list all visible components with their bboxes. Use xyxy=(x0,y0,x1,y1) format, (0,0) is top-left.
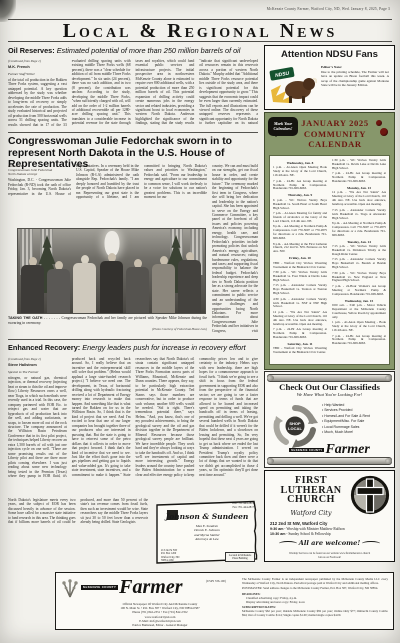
calendar-entry: TBD - Watford City Wolves Wrestling Tour… xyxy=(273,347,327,355)
calendar-entry: TBD - Watford City Wolves Wrestling Tour… xyxy=(273,262,327,270)
calendar-entry: 6 p.m. - WC Wolves Varsity Boys Basketba… xyxy=(273,199,327,211)
editors-note-title: Editor's Note: xyxy=(321,65,389,69)
oil-headline-kicker: Oil Reserves: xyxy=(8,46,55,55)
person-figure xyxy=(100,253,123,313)
church-service-times: 9:30 amWorship with Minister Matthew Rul… xyxy=(270,527,389,536)
recovery-body-text-bottom: North Dakota's legislature meets every t… xyxy=(8,498,148,526)
scroll-bar-icon xyxy=(267,374,392,382)
church-name-line3: CHURCH xyxy=(269,495,353,505)
recovery-continued-note: (Continued from Page 1) xyxy=(8,357,67,361)
page-dateline: McKenzie County Farmer, Watford City, ND… xyxy=(267,7,390,11)
oil-byline: M.K. French xyxy=(8,65,67,70)
article-separator xyxy=(8,132,258,133)
classifieds-ad: Check Out Our Classifieds We Have What Y… xyxy=(264,371,395,468)
calendar-entry: 7 p.m. - Al-Anon Meeting for family and … xyxy=(273,212,327,224)
congress-body-text-b: country. We can and must build on our st… xyxy=(212,164,258,333)
church-welcome-line: All are welcome! xyxy=(265,539,394,547)
church-service-line: 9:30 amWorship with Minister Matthew Rul… xyxy=(270,527,389,531)
scroll-bar-icon xyxy=(267,457,392,465)
person-figure xyxy=(178,252,201,313)
calendar-title: JANUARY 2025 COMMUNITY CALENDAR xyxy=(297,118,373,150)
church-welcome-text: All are welcome! xyxy=(299,539,361,547)
farmer-logo-small: McKENZIE COUNTYFarmer xyxy=(265,438,394,458)
church-ad: FIRST LUTHERAN CHURCH Watford City 212 2… xyxy=(264,470,395,562)
calendar-entry: 7:15 p.m. - Alexander Comets Varsity Boy… xyxy=(273,284,327,296)
calendar-entry: 7:15 p.m. - Alexander Comets Varsity Boy… xyxy=(332,258,386,270)
recovery-article-headline: Enhanced Recovery: Energy leaders push f… xyxy=(8,343,260,352)
ndsu-box-title: Attention NDSU Fans xyxy=(265,46,394,60)
editors-note-body: Due to the printing schedule, The Farmer… xyxy=(321,70,389,87)
classifieds-item: Equipment/Misc. For Sale xyxy=(322,419,388,423)
law-firm-title: Attorneys At Law xyxy=(152,537,262,541)
congress-article-body-right: country. We can and must build on our st… xyxy=(212,164,258,333)
swoosh-icon xyxy=(279,541,297,546)
person-figure xyxy=(126,259,149,313)
calendar-entry: 1 p.m. - Al-Anon Open Meeting Book Study… xyxy=(273,166,327,178)
photo-caption-lead: TAKING THE OATH . . . . . . . xyxy=(8,316,60,320)
photo-caption: TAKING THE OATH . . . . . . . Congresswo… xyxy=(8,316,207,326)
law-ad-address: 213 2nd St NW P.O. Box 1260 Watford City… xyxy=(161,549,179,562)
classifieds-tagline: We Have What You're Looking For! xyxy=(265,392,394,397)
farmer-logo-county: McKENZIE COUNTY xyxy=(289,448,324,453)
ndsu-bison-logo-icon: NDSU xyxy=(269,66,317,104)
law-ad-phones: Bus: 701-444-2811 Fax: 701-444-2817 xyxy=(232,502,254,509)
oil-byline-title: Farmer Staff Writer xyxy=(8,72,67,76)
wheat-sheaf-icon xyxy=(61,578,79,598)
swearing-in-photo xyxy=(18,229,205,313)
law-address-line: 58854-1260 xyxy=(161,559,179,562)
calendar-entry: 7 p.m. - 24-Hr. AA Group meeting at Nort… xyxy=(332,172,386,184)
person-figure xyxy=(47,261,70,313)
recovery-article-body-top: (Continued from Page 1) Steve Hallstrom … xyxy=(8,357,258,496)
calendar-title-line3: CALENDAR xyxy=(297,139,373,150)
berry-icon xyxy=(376,120,382,126)
calendar-entry: 7 p.m. - 24-Hour Women's AA Group Meetin… xyxy=(332,285,386,297)
calendar-entry: 8 p.m. - AA Meeting at Northern Pump & C… xyxy=(332,222,386,238)
law-attorney-names: Max E. Sundeen Dennis E. Johnson and Myr… xyxy=(152,524,262,542)
calendar-entry: 7:15 p.m. - Alexander Comets Varsity Gir… xyxy=(332,209,386,221)
classifieds-item: Services Provided xyxy=(322,408,388,412)
oil-continued-note: (Continued from Page 1) xyxy=(8,59,67,63)
article-separator xyxy=(8,339,258,340)
berry-icon xyxy=(380,128,388,136)
church-name: FIRST LUTHERAN CHURCH xyxy=(269,476,353,505)
masthead-contact-block: Official Newspaper Of Watford City And M… xyxy=(84,602,236,627)
newspaper-masthead: McKENZIE COUNTY Farmer (USPS 336-100) Of… xyxy=(55,572,394,630)
masthead-legal-line: McKenzie County $62 per year; Outside Mc… xyxy=(242,610,388,618)
calendar-entry: 12 p.m. - "We Are Not Saints" AA Meeting… xyxy=(273,311,327,327)
calendar-entry: 7:30 p.m. - WC Wolves Varsity Boys Baske… xyxy=(332,272,386,284)
recovery-byline: Steve Hallstrom xyxy=(8,363,67,368)
farmer-logo-name: Farmer xyxy=(325,442,369,458)
classifieds-item: Help Wanted xyxy=(322,403,388,407)
masthead-editor: Patrice Bumstead, Editor - General Manag… xyxy=(84,623,236,627)
recovery-byline-title: Special to The Farmer xyxy=(8,370,67,374)
congress-byline-line3: North Dakota at large xyxy=(8,172,71,176)
calendar-title-line1: JANUARY 2025 xyxy=(297,118,373,129)
newspaper-page: McKenzie County Farmer, Watford City, ND… xyxy=(0,0,400,643)
calendar-entry: 1 p.m. - Al-Anon Open Meeting - Book Stu… xyxy=(332,321,386,333)
calendar-entry: 7:30 p.m. - WC Wolves Varsity Girls Bask… xyxy=(273,271,327,283)
classifieds-item-list: Help WantedServices ProvidedHomes/Land F… xyxy=(322,403,388,435)
calendar-listings: Wednesday, Jan. 81 p.m. - Al-Anon Open M… xyxy=(269,155,390,365)
classifieds-item: Homes/Land For Sale & Rent xyxy=(322,414,388,418)
classifieds-item: Much, Much More! xyxy=(322,430,388,434)
calendar-entry: 7 p.m. - 24-Hr. AA Group meeting at Nort… xyxy=(273,180,327,192)
calendar-entry: 8 p.m. - AA Meeting at the First Luthera… xyxy=(273,243,327,255)
recovery-headline-kicker: Enhanced Recovery: xyxy=(8,343,80,352)
oil-article-headline: Oil Reserves: Estimated potential of mor… xyxy=(8,46,260,55)
church-footnote-line2: Join us on Facebook! xyxy=(269,556,390,560)
calendar-entry: 7 p.m. - 24-Hr AA Group meeting at North… xyxy=(273,328,327,340)
section-title: Local & Regional News xyxy=(0,20,400,43)
recovery-body-text-top: nitrogen, or natural gas, chemical injec… xyxy=(8,357,258,478)
church-service-line: 10:30 amSunday School & Fellowship xyxy=(270,532,389,536)
mark-your-calendars-bubble: Mark Your Calendars! xyxy=(268,117,298,136)
law-firm-ad: Bus: 701-444-2811 Fax: 701-444-2817 John… xyxy=(152,497,262,569)
oil-headline-text: Estimated potential of more than 250 mil… xyxy=(57,46,241,55)
ndsu-fans-box: Attention NDSU Fans NDSU Editor's Note: … xyxy=(264,45,395,110)
oil-article-body: (Continued from Page 1) M.K. French Farm… xyxy=(8,59,258,130)
person-figure xyxy=(73,255,96,313)
church-footnote: Worship Services can be found on our web… xyxy=(269,552,390,559)
classifieds-title: Check Out Our Classifieds xyxy=(265,382,394,392)
calendar-entry: 9:00 a.m. - 3:40 p.m. - Motor Vehicle De… xyxy=(332,304,386,320)
calendar-entry: 7:15 p.m. - WC Wolves Varsity Girls Bask… xyxy=(332,245,386,257)
header-rule-bottom xyxy=(8,41,392,42)
calendar-entry: 1:30 p.m. - WC Wolves Varsity Girls Bask… xyxy=(332,159,386,171)
svg-text:LOCAL: LOCAL xyxy=(288,426,302,431)
law-ad-location-note: Located in McKenzie Plaza Building xyxy=(225,552,255,562)
editors-note: Editor's Note: Due to the printing sched… xyxy=(321,65,389,87)
law-phone-fax: Fax: 701-444-2817 xyxy=(232,506,254,510)
church-cross-icon xyxy=(350,475,390,515)
classifieds-item: Local Rummage Sales xyxy=(322,425,388,429)
photo-credit: (Photo Courtesy of Fedorchak.House.Gov) xyxy=(8,327,207,331)
church-city-script: Watford City xyxy=(269,509,353,517)
farmer-logo-county: McKENZIE COUNTY xyxy=(81,585,118,590)
masthead-legal-block: The McKenzie County Farmer is an indepen… xyxy=(242,578,388,620)
congress-article-body-left: Released by Congresswoman Julie Fedorcha… xyxy=(8,164,207,228)
recovery-article-body-bottom: North Dakota's legislature meets every t… xyxy=(8,498,148,568)
photo-caption-block: TAKING THE OATH . . . . . . . Congresswo… xyxy=(8,316,207,331)
recovery-headline-text: Energy leaders push for increase in reco… xyxy=(82,343,245,352)
masthead-legal-line: The McKenzie County Farmer is an indepen… xyxy=(242,578,388,586)
usps-number: (USPS 336-100) xyxy=(206,579,226,583)
calendar-entry: 8 p.m. - AA Meeting at Northern Pump & C… xyxy=(273,225,327,241)
church-address: 212 2nd St NW, Watford City xyxy=(270,521,389,526)
swoosh-icon xyxy=(362,541,380,546)
person-figure xyxy=(152,256,175,313)
calendar-entry: 12 p.m. - "We Are Not Saints" AA Meeting… xyxy=(332,191,386,207)
farmer-logo-name: Farmer xyxy=(119,576,182,599)
masthead-legal-line: POSTMASTER: Send address changes to the … xyxy=(242,587,388,591)
calendar-entry: 7 p.m. - 24-Hr. AA Group meeting at Nort… xyxy=(332,335,386,347)
law-firm-name: Johnson & Sundeen xyxy=(152,512,262,521)
calendar-entry: 4:30 p.m. - Alexander Comets Varsity Gir… xyxy=(273,298,327,310)
farmer-logo: McKENZIE COUNTY Farmer xyxy=(61,576,183,603)
community-calendar-box: Mark Your Calendars! JANUARY 2025 COMMUN… xyxy=(264,112,395,370)
person-figure xyxy=(21,257,44,313)
calendar-title-line2: COMMUNITY xyxy=(297,129,373,140)
